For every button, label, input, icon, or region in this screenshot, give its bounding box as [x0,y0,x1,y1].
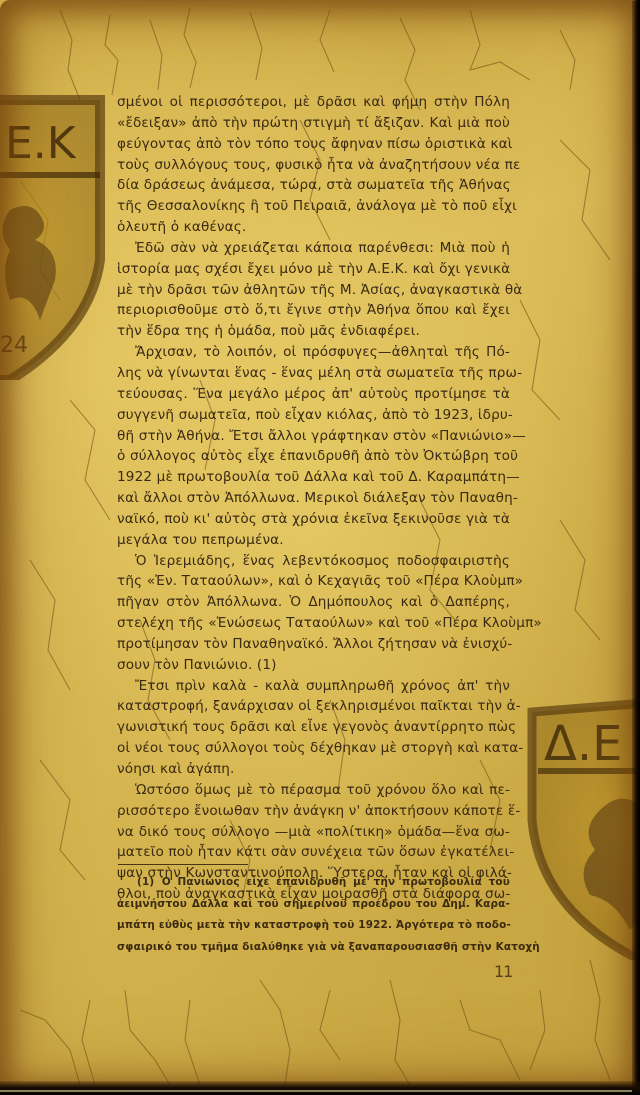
text-line: μὲ τὴν δρᾶσι τῶν ἀθλητῶν τῆς Μ. Ἀσίας, ἀ… [117,280,510,301]
footnote-line: ἀειμνήστου Δάλλα καὶ τοῦ σημερινοῦ προέδ… [117,894,510,916]
text-line: μεγάλα του πεπρωμένα. [117,530,510,551]
text-line: στελέχη τῆς «Ἑνώσεως Ταταούλων» καὶ τοῦ … [117,613,510,634]
footnote: (1) Ὁ Πανιώνιος εἶχε ἐπανιδρυθῆ μὲ τὴν π… [117,872,510,958]
footnote-line: μπάτη εὐθὺς μετὰ τὴν καταστροφὴ τοῦ 1922… [117,915,510,937]
paragraph-5: Ἔτσι πρὶν καλὰ - καλὰ συμπληρωθῆ χρόνος … [117,676,510,780]
text-line: καταστροφή, ξανάρχισαν οἱ ξεκληρισμένοι … [117,696,510,717]
paragraph-3: Ἄρχισαν, τὸ λοιπόν, οἱ πρόσφυγες—ἀθληταὶ… [117,342,510,550]
text-line: τεύουσας. Ἕνα μεγάλο μέρος ἀπ' αὐτοὺς πρ… [117,384,510,405]
paragraph-4: Ὁ Ἱερεμιάδης, ἕνας λεβεντόκοσμος ποδοσφα… [117,551,510,676]
footnote-separator [118,864,248,865]
bottom-frame-highlight [0,1090,632,1092]
text-line: ἱστορία μας σχέσι ἔχει μόνο μὲ τὴν Α.Ε.Κ… [117,259,510,280]
text-line: σουν τὸν Πανιώνιο. (1) [117,655,510,676]
text-line: τὴν ἕδρα της ἡ ὁμάδα, ποὺ μᾶς ἐνδιαφέρει… [117,321,510,342]
page-number: 11 [494,962,512,981]
text-line: προτίμησαν τὸν Παναθηναϊκό. Ἄλλοι ζήτησα… [117,634,510,655]
text-line: Ἄρχισαν, τὸ λοιπόν, οἱ πρόσφυγες—ἀθληταὶ… [117,342,510,363]
svg-text:24: 24 [0,333,28,358]
text-line: Ὡστόσο ὅμως μὲ τὸ πέρασμα τοῦ χρόνου ὅλο… [117,780,510,801]
text-line: Ἐδῶ σὰν νὰ χρειάζεται κάποια παρένθεσι: … [117,238,510,259]
text-line: να δικό τους σύλλογο —μιὰ «πολίτικη» ὁμά… [117,822,510,843]
text-line: λης νὰ γίνωνται ἕνας - ἕνας μέλη στὰ σωμ… [117,363,510,384]
text-line: «ἔδειξαν» ἀπὸ τὴν πρώτη στιγμὴ τί ἄξιζαν… [117,113,510,134]
text-line: θῆ στὴν Ἀθήνα. Ἔτσι ἄλλοι γράφτηκαν στὸν… [117,426,510,447]
text-line: πῆγαν στὸν Ἀπόλλωνα. Ὁ Δημόπουλος καὶ ὁ … [117,592,510,613]
svg-text:Ε.Κ: Ε.Κ [5,118,77,169]
aek-crest-right: Δ.Ε [520,680,640,960]
footnote-line: σφαιρικό του τμῆμα διαλύθηκε γιὰ νὰ ξανα… [117,937,510,959]
text-line: τῆς Θεσσαλονίκης ἢ τοῦ Πειραιᾶ, ἀνάλογα … [117,196,510,217]
paragraph-1: σμένοι οἱ περισσότεροι, μὲ δρᾶσι καὶ φήμ… [117,92,510,238]
text-line: δία δράσεως ἀνάμεσα, τώρα, στὰ σωματεῖα … [117,175,510,196]
right-frame-border [632,0,640,1095]
text-line: συγγενῆ σωματεῖα, ποὺ εἶχαν κιόλας, ἀπὸ … [117,405,510,426]
text-line: τοὺς συλλόγους τους, φυσικὸ ἦτα νὰ ἀναζη… [117,155,510,176]
text-line: Ἔτσι πρὶν καλὰ - καλὰ συμπληρωθῆ χρόνος … [117,676,510,697]
text-line: τῆς «Ἐν. Ταταούλων», καὶ ὁ Κεχαγιᾶς τοῦ … [117,571,510,592]
text-line: φεύγοντας ἀπὸ τὸν τόπο τους ἄφηναν πίσω … [117,134,510,155]
text-line: ρισσότερο ἔνοιωθαν τὴν ἀνάγκη ν' ἀποκτήσ… [117,801,510,822]
text-line: σμένοι οἱ περισσότεροι, μὲ δρᾶσι καὶ φήμ… [117,92,510,113]
text-line: ματεῖο ποὺ ἦταν κάτι σὰν συνέχεια τῶν ὅσ… [117,842,510,863]
text-line: ὁλευτῆ ὁ καθένας. [117,217,510,238]
text-line: νόησι καὶ ἀγάπη. [117,759,510,780]
text-line: οἱ νέοι τους σύλλογοι τοὺς δέχθηκαν μὲ σ… [117,738,510,759]
text-line: γωνιστική τους δρᾶσι καὶ εἶνε γεγονὸς ἀν… [117,717,510,738]
text-line: ναϊκό, ποὺ κι' αὐτὸς στὰ χρόνια ἐκεῖνα ξ… [117,509,510,530]
footnote-line: (1) Ὁ Πανιώνιος εἶχε ἐπανιδρυθῆ μὲ τὴν π… [117,872,510,894]
svg-text:Δ.Ε: Δ.Ε [544,716,622,772]
bottom-frame-border [0,1081,640,1095]
body-text: σμένοι οἱ περισσότεροι, μὲ δρᾶσι καὶ φήμ… [117,92,510,905]
book-page: Ε.Κ 24 Δ.Ε σμένοι οἱ περισσότεροι, μὲ δρ… [0,0,640,1095]
text-line: Ὁ Ἱερεμιάδης, ἕνας λεβεντόκοσμος ποδοσφα… [117,551,510,572]
text-line: καὶ ἄλλοι στὸν Ἀπόλλωνα. Μερικοὶ διάλεξα… [117,488,510,509]
paragraph-2: Ἐδῶ σὰν νὰ χρειάζεται κάποια παρένθεσι: … [117,238,510,342]
text-line: περιορισθοῦμε στὸ ὅ,τι ἔγινε στὴν Ἀθήνα … [117,300,510,321]
text-line: ὁ σύλλογος αὐτὸς εἶχε ἐπανιδρυθῆ ἀπὸ τὸν… [117,446,510,467]
text-line: 1922 μὲ πρωτοβουλία τοῦ Δάλλα καὶ τοῦ Δ.… [117,467,510,488]
aek-crest-left: Ε.Κ 24 [0,90,110,380]
